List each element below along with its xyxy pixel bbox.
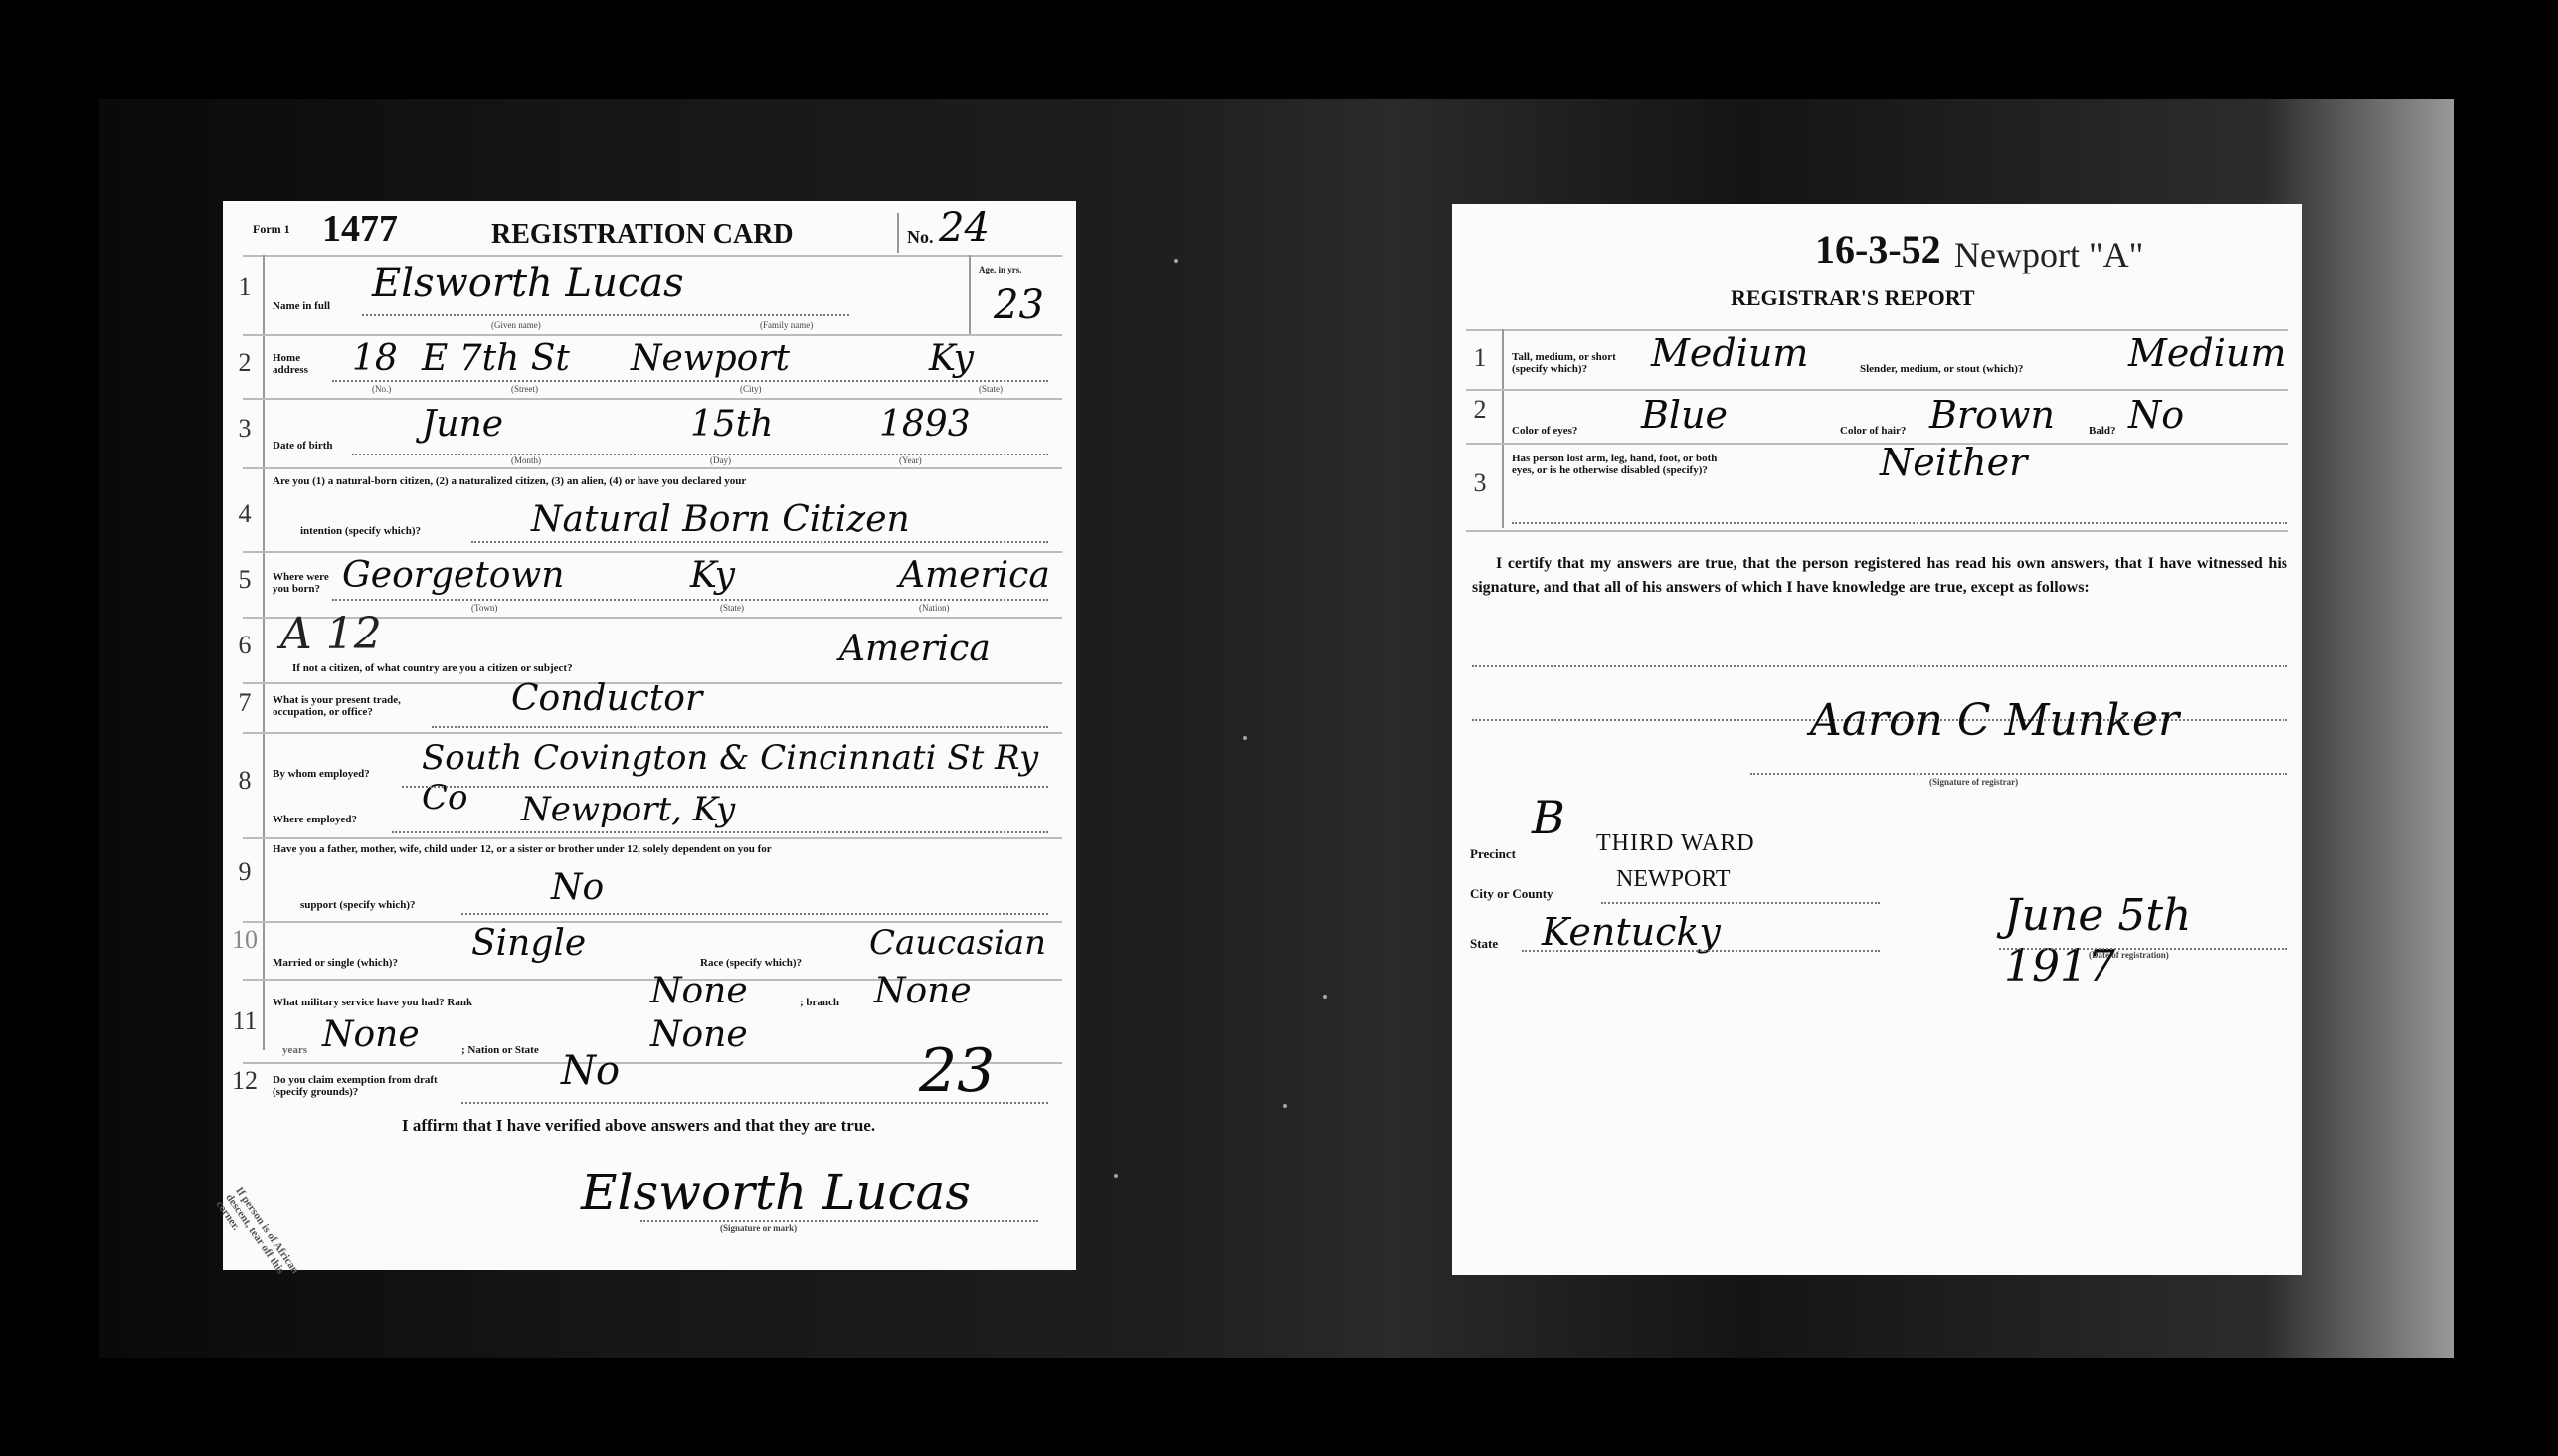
- row-number: 8: [223, 766, 267, 796]
- race-value: Caucasian: [869, 923, 1046, 963]
- age-label: Age, in yrs.: [979, 265, 1022, 274]
- dob-label: Date of birth: [273, 440, 333, 452]
- occupation-value: Conductor: [511, 678, 702, 719]
- age-value: 23: [994, 282, 1044, 328]
- home-address-label: Home address: [273, 352, 322, 376]
- precinct-value: THIRD WARD: [1596, 830, 1755, 857]
- registrars-report: 16-3-52 Newport "A" REGISTRAR'S REPORT 1…: [1452, 204, 2302, 1275]
- hair-color-value: Brown: [1929, 393, 2055, 437]
- row-number: 4: [223, 499, 267, 529]
- serial-number: 1477: [322, 207, 398, 251]
- city-value: NEWPORT: [1616, 866, 1731, 893]
- affirmation-text: I affirm that I have verified above answ…: [402, 1116, 875, 1136]
- row-number: 5: [223, 565, 267, 595]
- bald-value: No: [2128, 393, 2184, 437]
- margin-number: 23: [919, 1036, 995, 1106]
- citizenship-value: Natural Born Citizen: [531, 499, 910, 540]
- card-title: REGISTRATION CARD: [491, 219, 794, 251]
- registration-card: Form 1 1477 REGISTRATION CARD No. 24 1 N…: [223, 201, 1076, 1270]
- row-number: 12: [223, 1066, 267, 1096]
- row-number: 1: [223, 273, 267, 302]
- form-label: Form 1: [253, 223, 290, 235]
- name-value: Elsworth Lucas: [372, 261, 684, 306]
- precinct-mark: B: [1532, 791, 1565, 844]
- row-number: 2: [223, 348, 267, 378]
- height-value: Medium: [1651, 331, 1808, 375]
- eye-color-value: Blue: [1641, 393, 1728, 437]
- registrant-signature: Elsworth Lucas: [581, 1164, 971, 1221]
- number-value: 24: [939, 205, 990, 251]
- name-label: Name in full: [273, 300, 330, 312]
- report-title: REGISTRAR'S REPORT: [1731, 285, 1975, 311]
- row-number: 10: [223, 925, 267, 955]
- exemption-value: No: [561, 1048, 620, 1094]
- row-number: 3: [223, 414, 267, 444]
- report-code: 16-3-52: [1815, 226, 1941, 273]
- row-number: 11: [223, 1006, 267, 1036]
- registration-date: June 5th 1917: [2004, 890, 2302, 992]
- disability-value: Neither: [1880, 441, 2027, 484]
- employer-value: South Covington & Cincinnati St Ry Co: [422, 738, 1076, 818]
- row-number: 7: [223, 688, 267, 718]
- build-value: Medium: [2128, 331, 2285, 375]
- report-district: Newport "A": [1954, 234, 2143, 275]
- margin-note: A 12: [280, 609, 382, 659]
- certification-text: I certify that my answers are true, that…: [1472, 552, 2287, 600]
- row-number: 9: [223, 857, 267, 887]
- registrar-signature: Aaron C Munker: [1810, 695, 2179, 746]
- number-label: No.: [907, 227, 934, 248]
- row-number: 6: [223, 631, 267, 660]
- dependents-value: No: [551, 867, 604, 908]
- marital-value: Single: [471, 923, 586, 964]
